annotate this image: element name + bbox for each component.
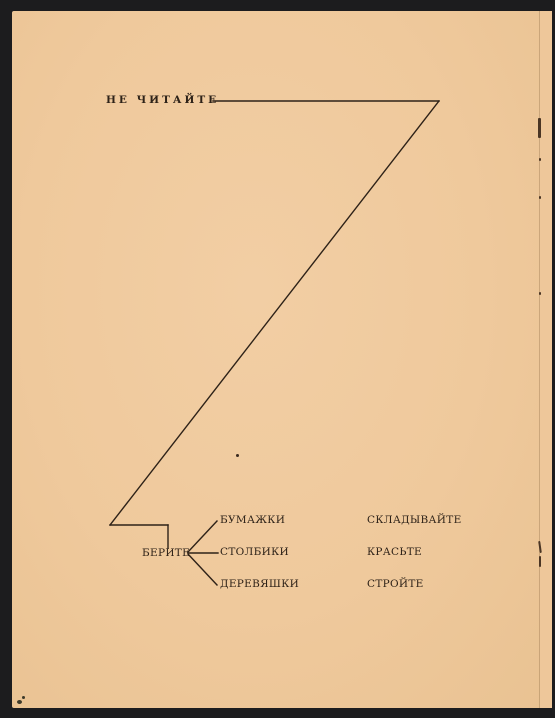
heading-do-not-read: НЕ ЧИТАЙТЕ [106, 94, 219, 106]
branch-noun-papers: БУМАЖКИ [220, 514, 285, 526]
line-diagram [0, 0, 555, 718]
branch-noun-blocks: ДЕРЕВЯШКИ [220, 578, 299, 590]
branch-verb-fold: СКЛАДЫВАЙТЕ [367, 514, 462, 526]
root-word-take: БЕРИТЕ [142, 547, 190, 559]
scanned-page: НЕ ЧИТАЙТЕ БЕРИТЕ БУМАЖКИ СТОЛБИКИ ДЕРЕВ… [0, 0, 555, 718]
branch-noun-columns: СТОЛБИКИ [220, 546, 289, 558]
branch-verb-build: СТРОЙТЕ [367, 578, 424, 590]
branch-verb-paint: КРАСЬТЕ [367, 546, 422, 558]
